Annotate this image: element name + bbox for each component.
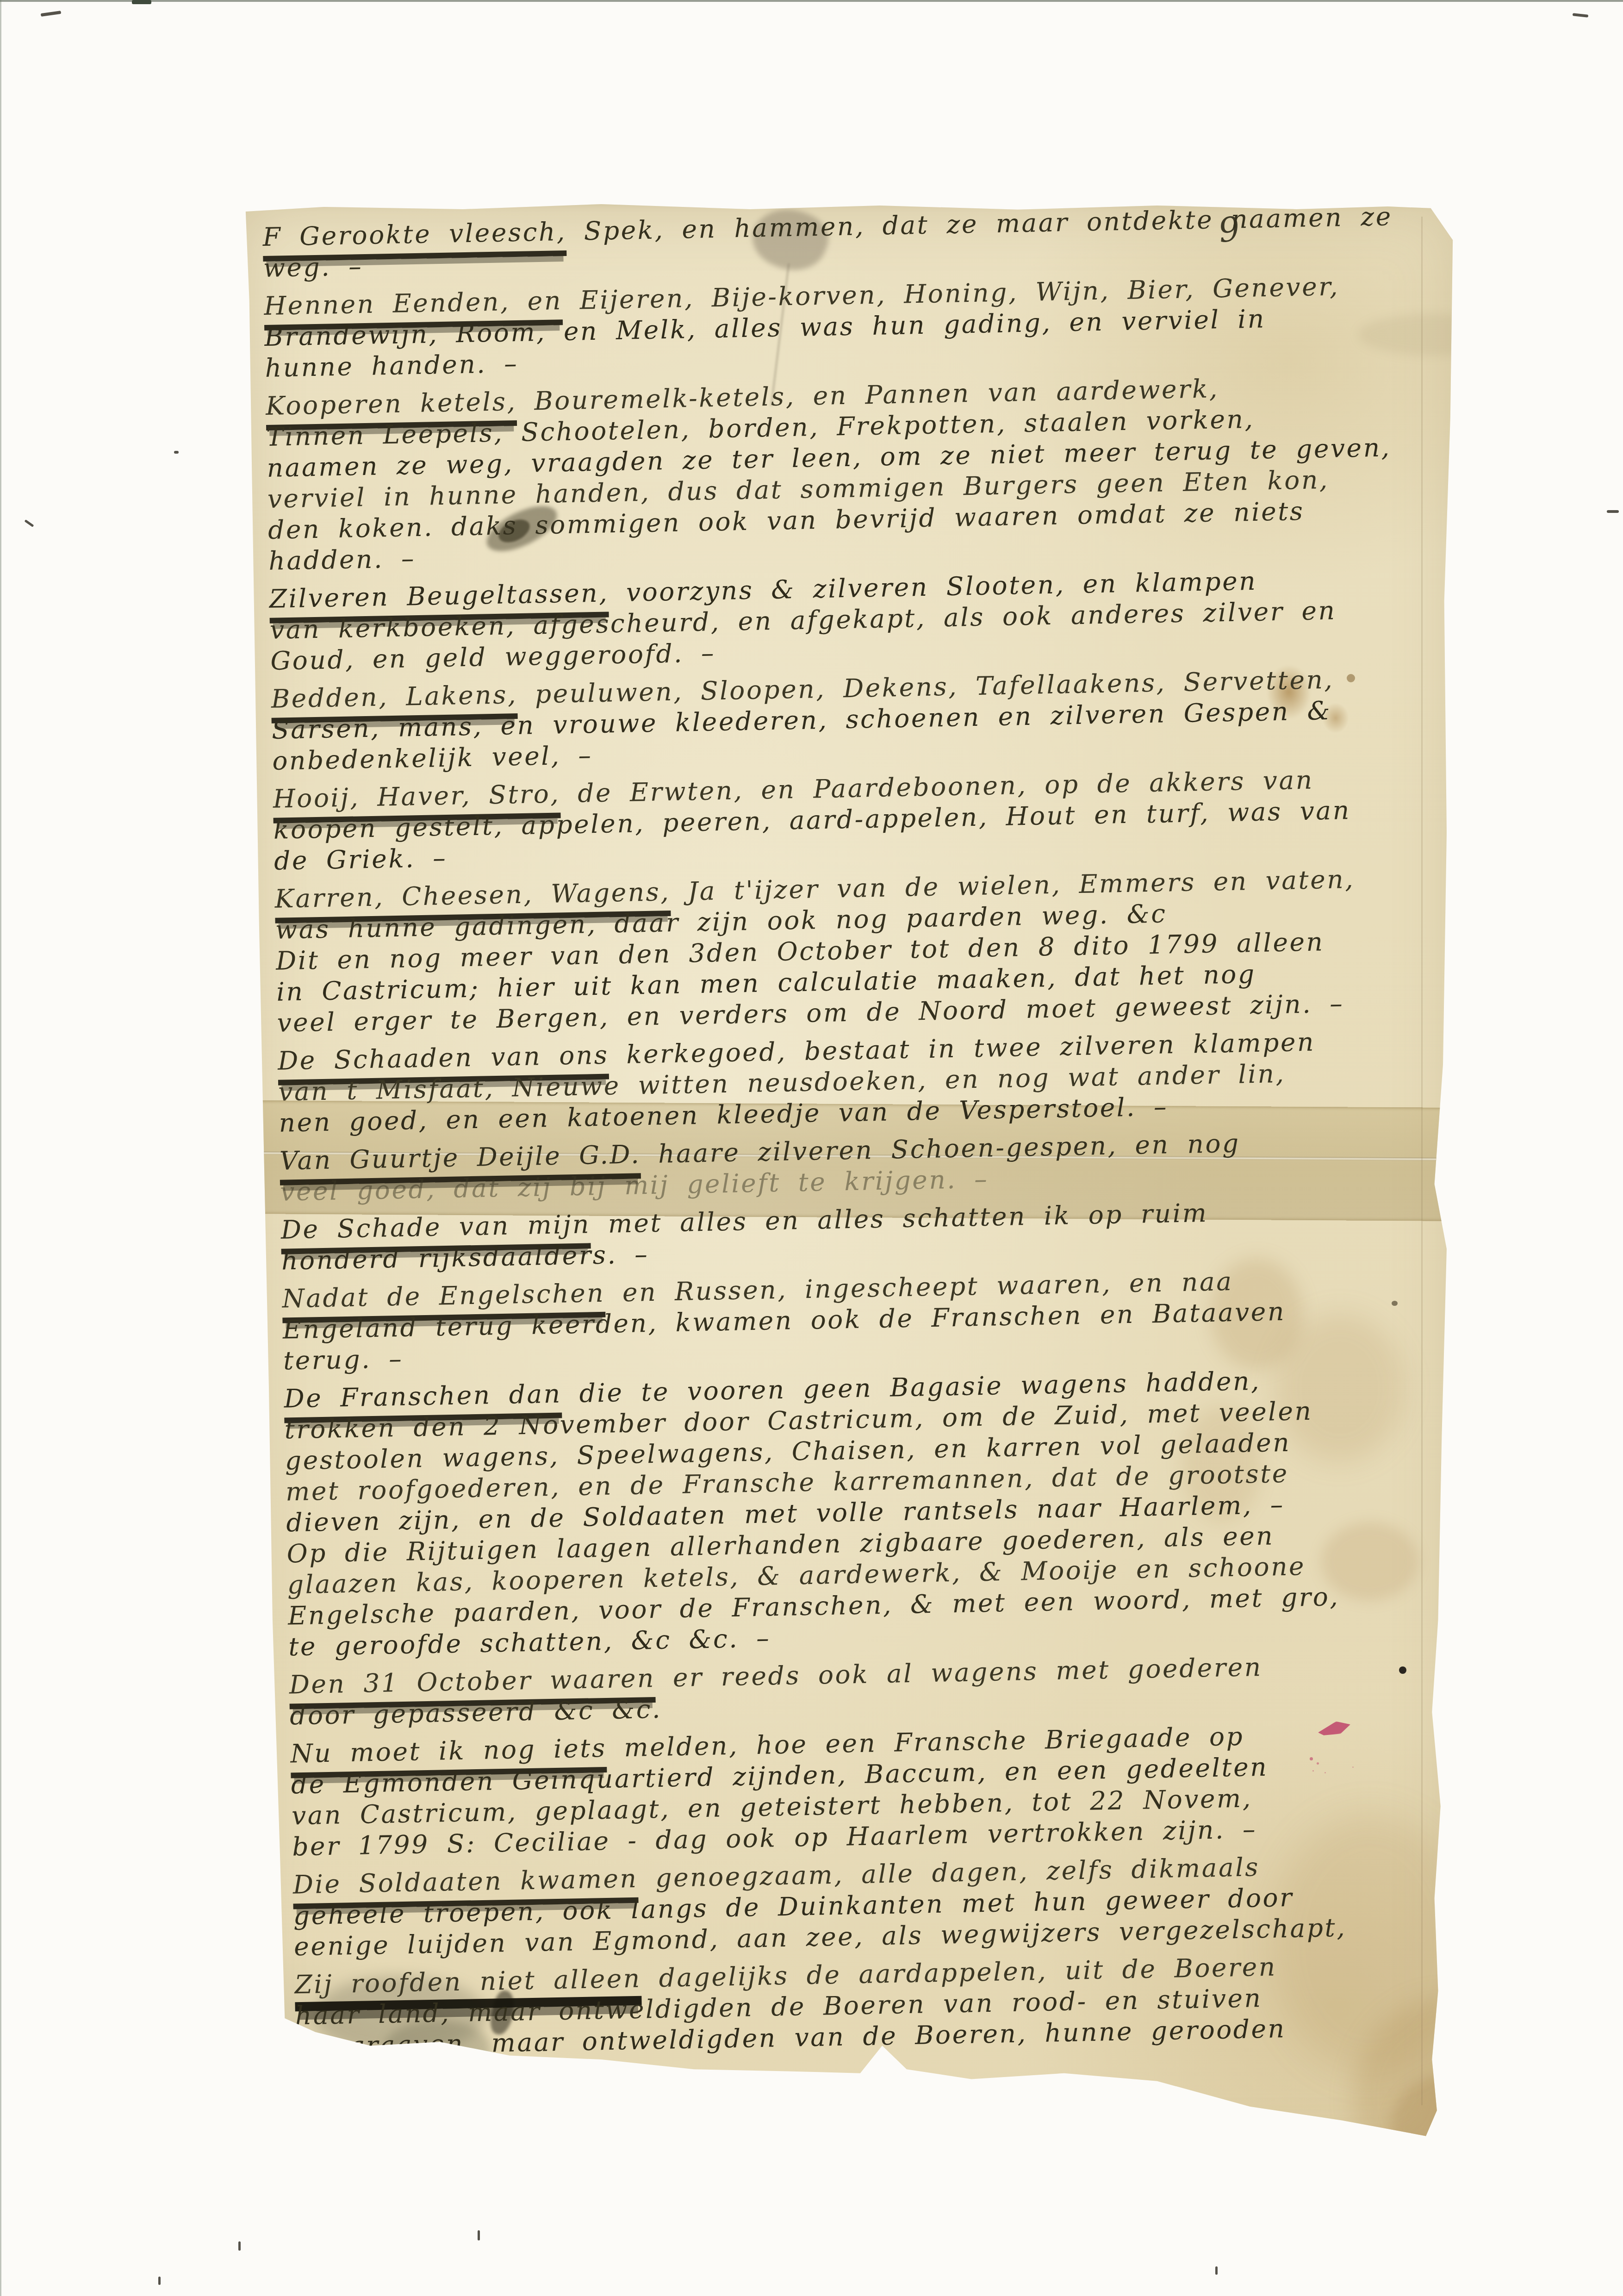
- scan-mark: [1215, 2266, 1218, 2275]
- manuscript-page: 9 F Gerookte vleesch, Spek, en hammen, d…: [238, 203, 1460, 2165]
- line-text: hunne handen. –: [265, 349, 519, 383]
- scanner-edge-left: [0, 0, 1, 2296]
- scan-mark: [238, 2241, 241, 2251]
- line-text: hadden. –: [268, 543, 416, 576]
- scan-mark: [132, 0, 151, 4]
- scan-mark: [25, 519, 34, 527]
- line-text: honderd rijksdaalders. –: [281, 1239, 649, 1276]
- line-underlined-lead: [296, 2032, 296, 2065]
- vertical-fold-line: [1421, 217, 1423, 2105]
- scan: { "page": { "number": "9", "colors": { "…: [0, 0, 1623, 2296]
- scan-mark: [1573, 13, 1588, 18]
- scanner-edge-top: [0, 0, 1623, 2]
- scan-mark: [1607, 510, 1619, 513]
- line-text: weg. –: [263, 251, 363, 283]
- line-text: onbedenkelijk veel, –: [272, 740, 593, 776]
- line-text: door gepasseerd &c &c.: [290, 1694, 662, 1731]
- line-text: terug. –: [283, 1344, 403, 1376]
- scan-mark: [174, 451, 179, 454]
- line-text: de Griek. –: [274, 843, 448, 876]
- scan-mark: [158, 2277, 161, 2285]
- big-stain-bottom-right: [1391, 2073, 1516, 2179]
- text-column: F Gerookte vleesch, Spek, en hammen, dat…: [262, 202, 1420, 2064]
- scan-mark: [478, 2230, 480, 2240]
- scan-mark: [41, 11, 62, 17]
